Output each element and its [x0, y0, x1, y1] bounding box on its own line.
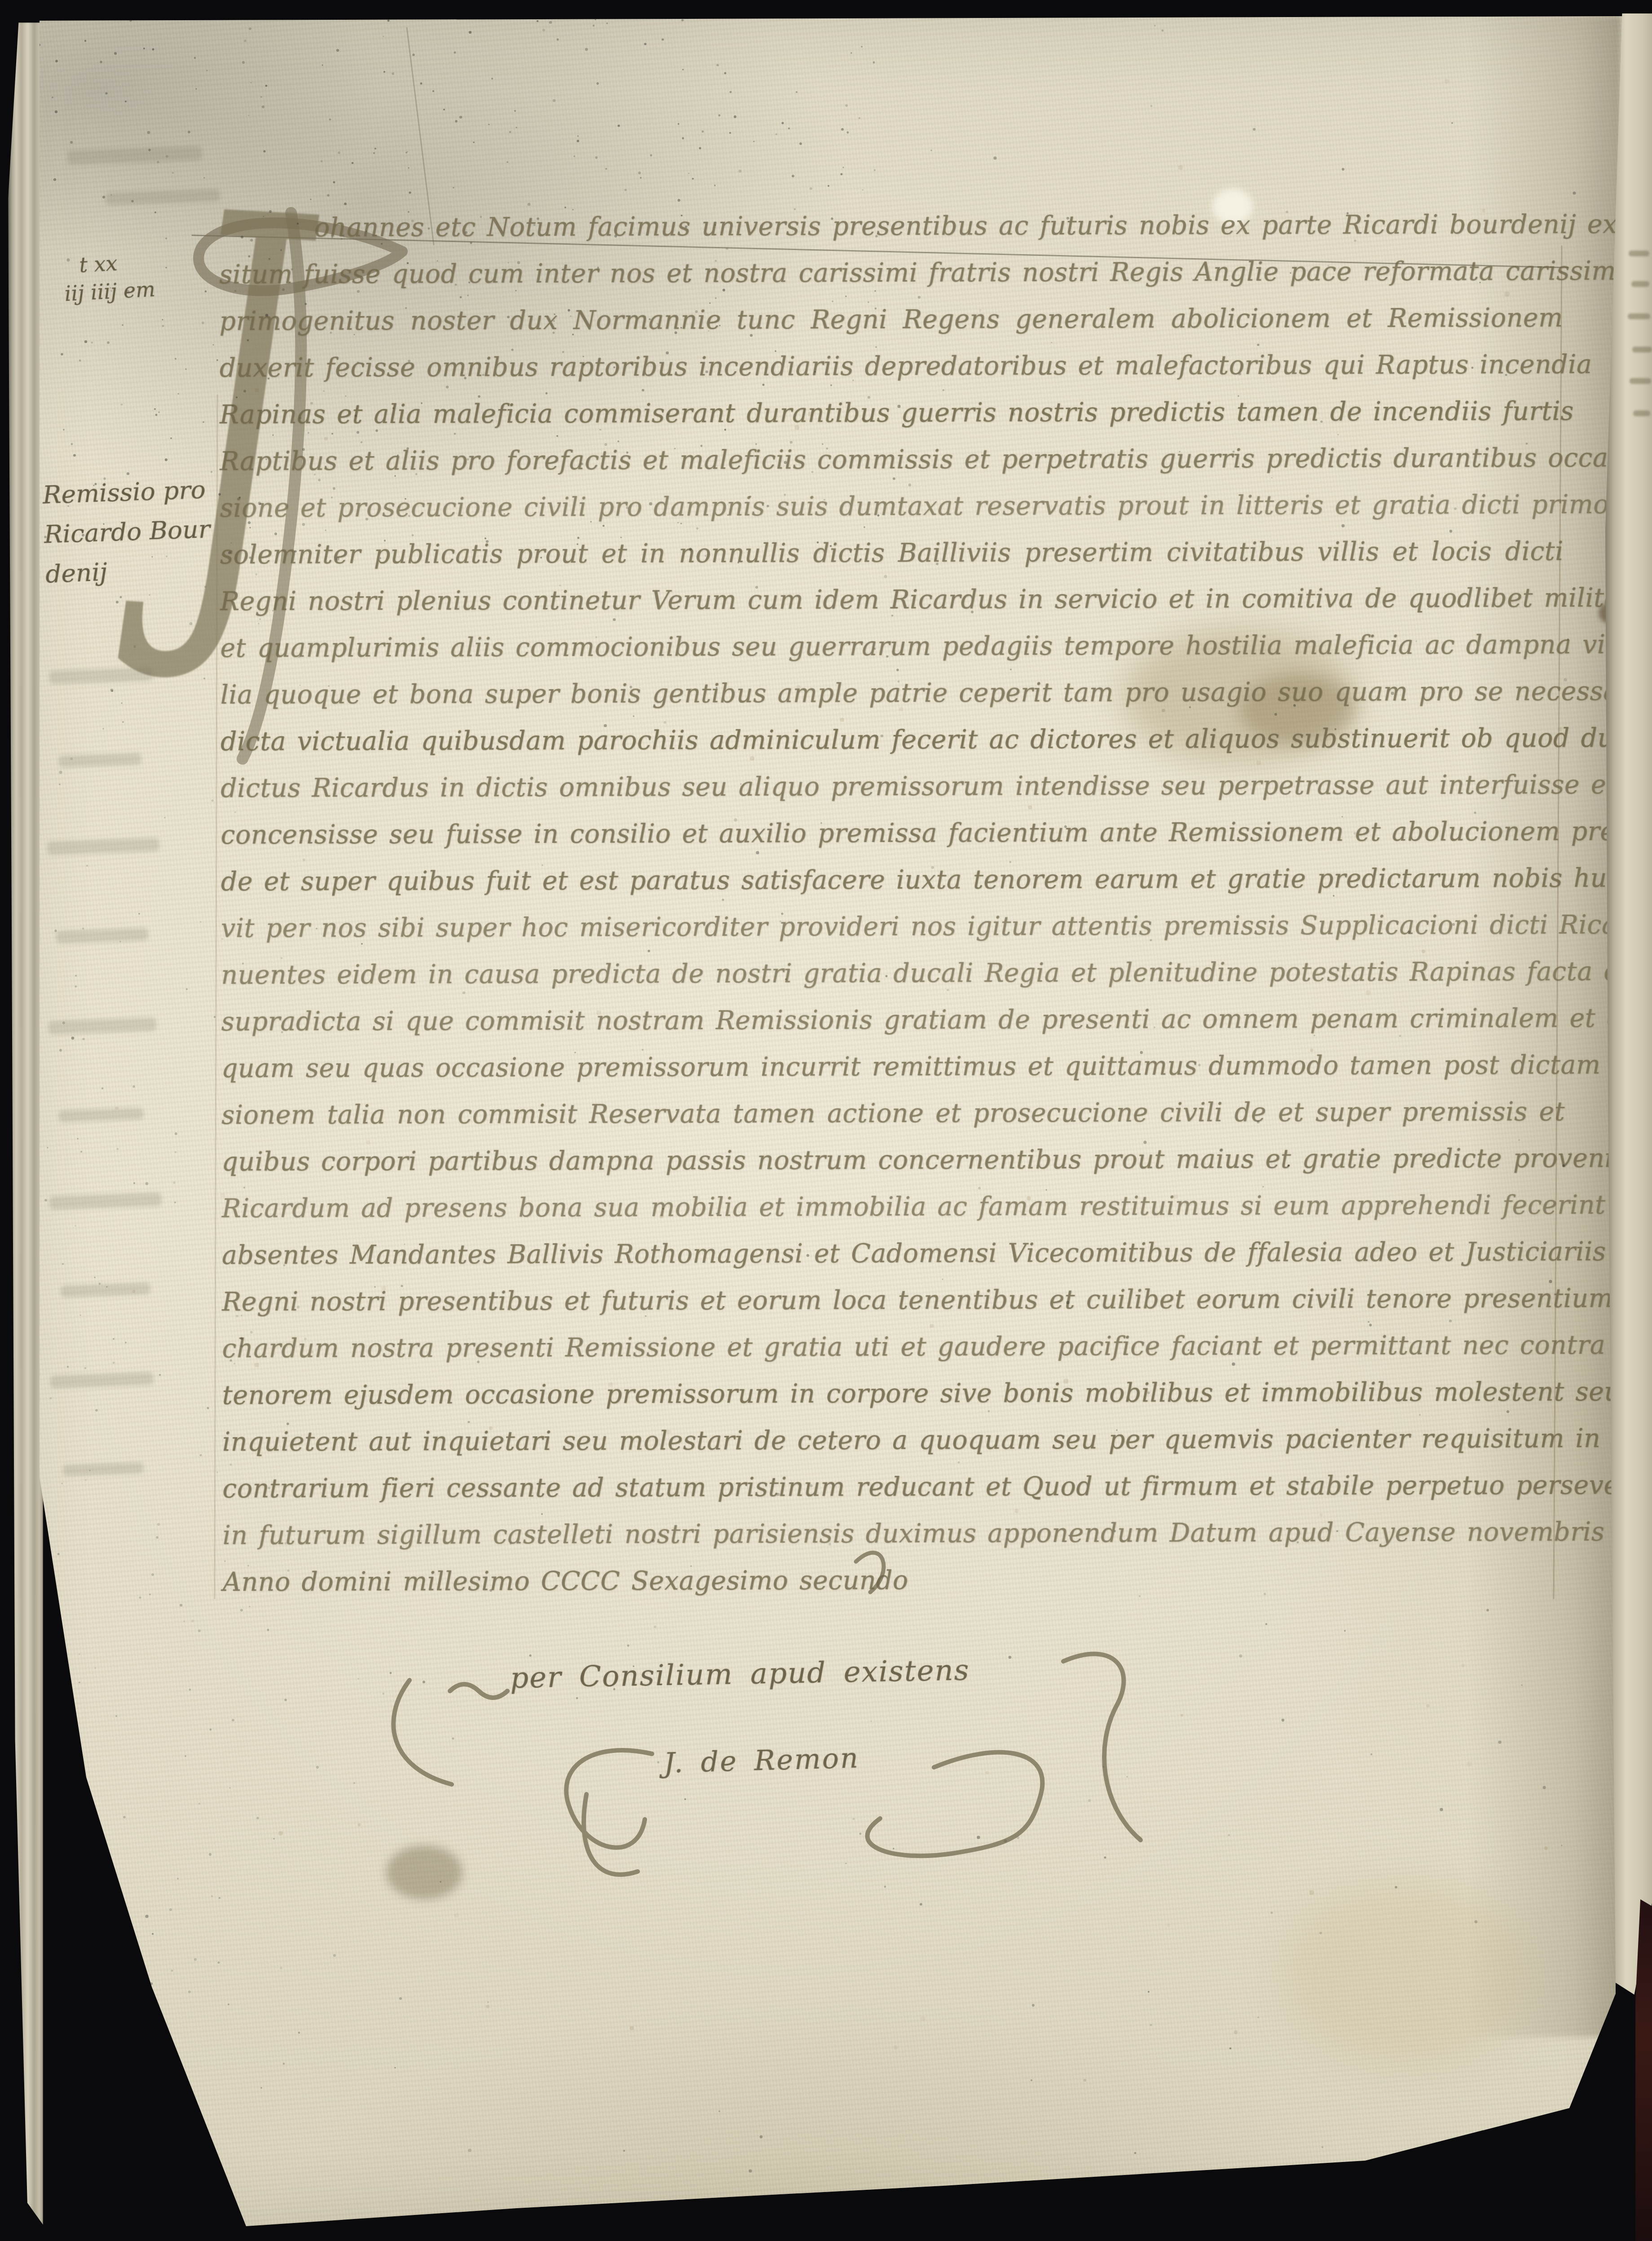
consilium-opening-sweep [393, 1680, 507, 1784]
show-through-mark [48, 1017, 157, 1035]
margin-note-rubric: Remissio pro Ricardo Bour denij [42, 470, 212, 594]
manuscript-line: nuentes eidem in causa predicta de nostr… [221, 948, 1564, 999]
show-through-mark [50, 1372, 154, 1388]
manuscript-line: lia quoque et bona super bonis gentibus … [220, 668, 1564, 718]
book-fore-edges [8, 22, 43, 2225]
manuscript-line: dictus Ricardus in dictis omnibus seu al… [220, 762, 1564, 812]
margin-note-line: Remissio pro [42, 470, 210, 515]
manuscript-line: tenorem ejusdem occasione premissorum in… [222, 1369, 1566, 1419]
manuscript-line: sione et prosecucione civili pro dampnis… [220, 481, 1564, 532]
next-folio-script-fragment [1629, 251, 1649, 256]
show-through-mark [63, 1462, 144, 1476]
manuscript-line: Rapinas et alia maleficia commiserant du… [220, 388, 1563, 438]
manuscript-line: solemniter publicatis prout et in nonnul… [220, 528, 1564, 578]
manuscript-line: quibus corpori partibus dampna passis no… [221, 1135, 1565, 1185]
consilium-closing-loop [1063, 1654, 1141, 1840]
show-through-mark [56, 928, 149, 943]
manuscript-line: chardum nostra presenti Remissione et gr… [222, 1322, 1565, 1372]
manuscript-line: duxerit fecisse omnibus raptoribus incen… [220, 341, 1563, 392]
manuscript-line: ohannes etc Notum facimus universis pres… [219, 201, 1563, 251]
photographed-manuscript: { "page": { "background_color": "#0a0a0c… [0, 0, 1652, 2241]
manuscript-line: Raptibus et aliis pro forefactis et male… [220, 435, 1563, 485]
manuscript-line: supradicta si que commisit nostram Remis… [221, 995, 1565, 1045]
manuscript-line: primogenitus noster dux Normannie tunc R… [219, 295, 1563, 345]
show-through-mark [49, 667, 153, 684]
manuscript-line: Regni nostri presentibus et futuris et e… [222, 1275, 1565, 1325]
manuscript-line: et quamplurimis aliis commocionibus seu … [220, 621, 1564, 672]
manuscript-line: Anno domini millesimo CCCC Sexagesimo se… [223, 1555, 1566, 1606]
show-through-mark [49, 1193, 162, 1210]
manuscript-line: contrarium fieri cessante ad statum pris… [222, 1462, 1566, 1512]
manuscript-line: vit per nos sibi super hoc misericordite… [221, 902, 1564, 952]
signature-paraph-right [868, 1752, 1043, 1856]
margin-note-line: Ricardo Bour [44, 509, 211, 555]
subscription-signature: J. de Remon [663, 1741, 860, 1779]
show-through-mark [58, 753, 142, 767]
manuscript-line: dicta victualia quibusdam parochiis admi… [220, 715, 1564, 765]
manuscript-line: situm fuisse quod cum inter nos et nostr… [219, 248, 1563, 298]
show-through-mark [47, 838, 160, 855]
subscription-consilium: per Consilium apud existens [510, 1654, 970, 1695]
manuscript-line: sionem talia non commisit Reservata tame… [221, 1088, 1565, 1139]
manuscript-line: Ricardum ad presens bona sua mobilia et … [222, 1182, 1565, 1232]
manuscript-line: concensisse seu fuisse in consilio et au… [220, 808, 1564, 859]
show-through-mark [61, 1283, 151, 1298]
parchment-page: J t xx iij iiij em Remissio pro Ricardo … [0, 0, 1652, 2241]
manuscript-line: Regni nostri plenius continetur Verum cu… [220, 575, 1564, 625]
manuscript-line: absentes Mandantes Ballivis Rothomagensi… [222, 1228, 1565, 1279]
margin-note-tally: t xx iij iiij em [62, 247, 156, 308]
next-folio-script-fragment [1631, 281, 1649, 287]
binding-edge [1635, 1899, 1652, 2241]
next-folio-script-fragment [1630, 378, 1651, 384]
manuscript-line: quam seu quas occasione premissorum incu… [221, 1042, 1565, 1092]
manuscript-line: de et super quibus fuit et est paratus s… [221, 855, 1564, 905]
next-folio-script-fragment [1633, 410, 1650, 416]
signature-paraph-left [566, 1750, 652, 1875]
text-block: ohannes etc Notum facimus universis pres… [219, 201, 1566, 1606]
margin-note-line: iij iiij em [64, 275, 156, 308]
small-blot [386, 1845, 463, 1899]
next-folio-script-fragment [1632, 347, 1652, 352]
margin-note-line: denij [45, 549, 212, 594]
manuscript-line: in futurum sigillum castelleti nostri pa… [223, 1509, 1566, 1559]
manuscript-line: inquietent aut inquietari seu molestari … [222, 1415, 1566, 1466]
margin-note-line: t xx [62, 247, 154, 280]
next-folio-script-fragment [1628, 313, 1650, 319]
show-through-mark [58, 1108, 144, 1123]
